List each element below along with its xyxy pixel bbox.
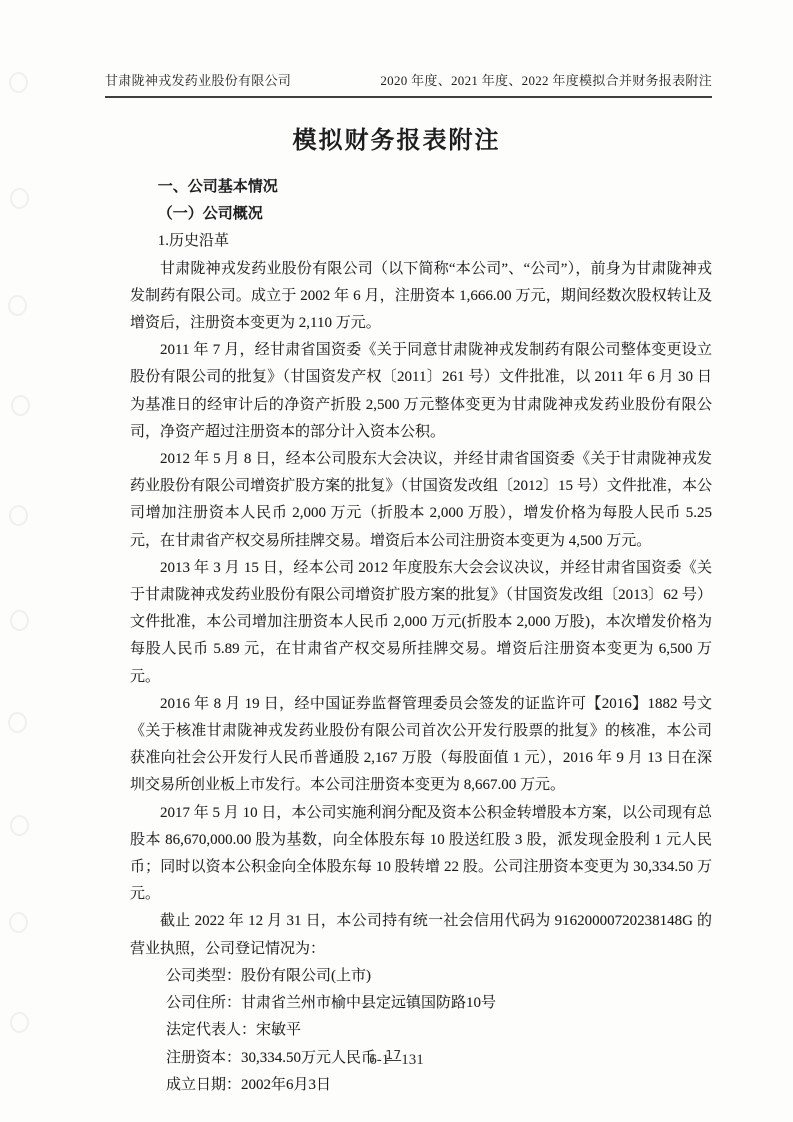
- document-title: 模拟财务报表附注: [0, 120, 793, 155]
- scan-artifact: [9, 505, 28, 526]
- paragraph-2011: 2011 年 7 月，经甘肃省国资委《关于同意甘肃陇神戎发制药有限公司整体变更设…: [130, 337, 712, 446]
- paragraph-license: 截止 2022 年 12 月 31 日，本公司持有统一社会信用代码为 91620…: [130, 908, 712, 962]
- registration-legal-rep: 法定代表人：宋敏平: [130, 1017, 712, 1044]
- registration-company-type: 公司类型：股份有限公司(上市): [130, 963, 712, 990]
- scan-artifact: [8, 295, 27, 316]
- page-footer: 6-117131: [0, 1052, 793, 1069]
- scan-artifact: [9, 912, 28, 933]
- scan-artifact: [11, 395, 30, 416]
- page-header: 甘肃陇神戎发药业股份有限公司 2020 年度、2021 年度、2022 年度模拟…: [105, 70, 712, 98]
- scan-artifact: [10, 815, 29, 836]
- document-page: 甘肃陇神戎发药业股份有限公司 2020 年度、2021 年度、2022 年度模拟…: [0, 0, 793, 1122]
- scan-artifact: [10, 1012, 29, 1033]
- registration-founding-date: 成立日期：2002年6月3日: [130, 1072, 712, 1099]
- document-body: 一、公司基本情况 （一）公司概况 1.历史沿革 甘肃陇神戎发药业股份有限公司（以…: [130, 174, 712, 1099]
- header-report-period: 2020 年度、2021 年度、2022 年度模拟合并财务报表附注: [380, 70, 712, 89]
- subsection-heading: （一）公司概况: [130, 201, 712, 228]
- scan-artifact: [10, 188, 29, 209]
- page-number-suffix: 131: [401, 1052, 424, 1068]
- paragraph-2016: 2016 年 8 月 19 日，经中国证券监督管理委员会签发的证监许可【2016…: [130, 691, 712, 800]
- header-company-name: 甘肃陇神戎发药业股份有限公司: [105, 70, 291, 89]
- section-heading: 一、公司基本情况: [130, 174, 712, 201]
- registration-address: 公司住所：甘肃省兰州市榆中县定远镇国防路10号: [130, 990, 712, 1017]
- scan-artifact: [10, 610, 29, 631]
- scan-artifact: [9, 72, 28, 93]
- scan-artifact: [8, 712, 27, 733]
- paragraph-2012: 2012 年 5 月 8 日，经本公司股东大会决议，并经甘肃省国资委《关于甘肃陇…: [130, 446, 712, 555]
- item-heading: 1.历史沿革: [130, 228, 712, 255]
- paragraph-2013: 2013 年 3 月 15 日，经本公司 2012 年度股东大会会议决议，并经甘…: [130, 555, 712, 691]
- handwritten-page-mark: 17: [385, 1047, 401, 1062]
- paragraph-2017: 2017 年 5 月 10 日，本公司实施利润分配及资本公积金转增股本方案，以公…: [130, 800, 712, 909]
- paragraph-history-1: 甘肃陇神戎发药业股份有限公司（以下简称“本公司”、“公司”），前身为甘肃陇神戎发…: [130, 256, 712, 338]
